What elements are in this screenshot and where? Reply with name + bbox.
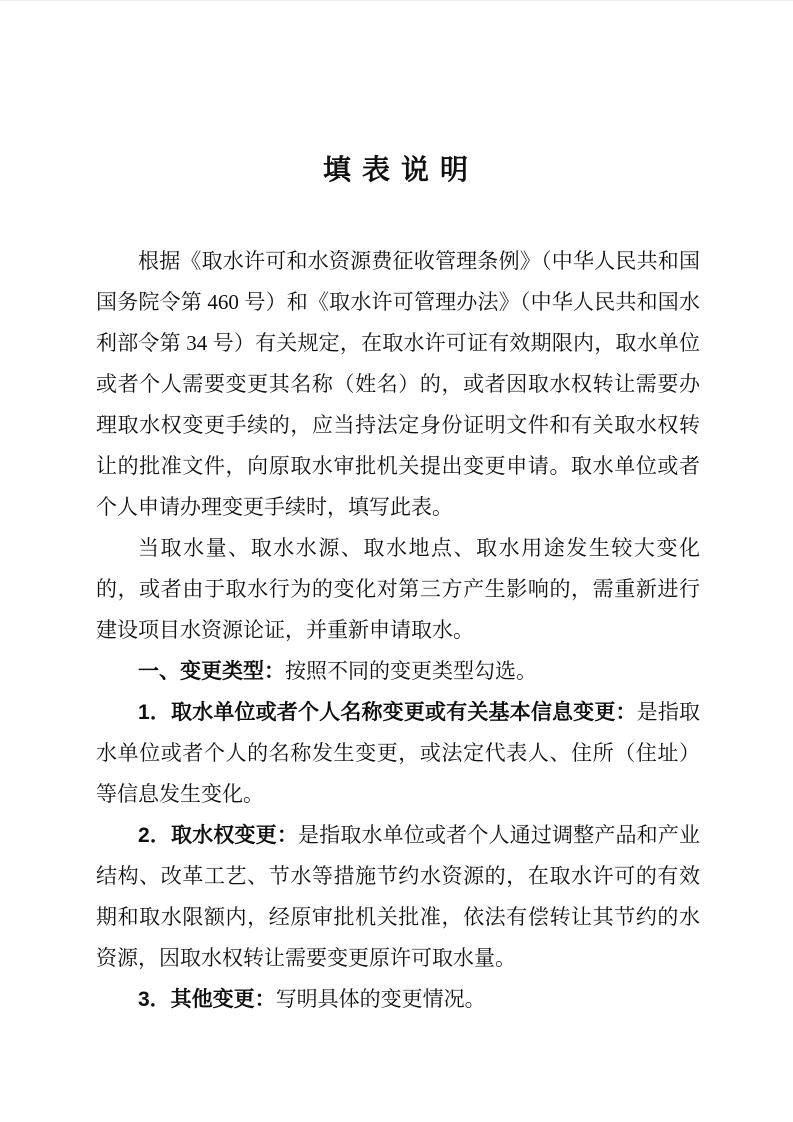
paragraph: 根据《取水许可和水资源费征收管理条例》（中华人民共和国国务院令第 460 号）和… (96, 241, 700, 528)
paragraph-lead: 3．其他变更： (138, 988, 276, 1011)
paragraph: 2．取水权变更：是指取水单位或者个人通过调整产品和产业结构、改革工艺、节水等措施… (96, 815, 700, 979)
paragraph: 当取水量、取水水源、取水地点、取水用途发生较大变化的，或者由于取水行为的变化对第… (96, 528, 700, 651)
document-page: 填 表 说 明 根据《取水许可和水资源费征收管理条例》（中华人民共和国国务院令第… (0, 0, 793, 1122)
paragraph: 一、变更类型：按照不同的变更类型勾选。 (96, 651, 700, 692)
paragraph-text: 按照不同的变更类型勾选。 (285, 659, 537, 683)
paragraph: 1．取水单位或者个人名称变更或有关基本信息变更：是指取水单位或者个人的名称发生变… (96, 692, 700, 815)
paragraph-text: 根据《取水许可和水资源费征收管理条例》（中华人民共和国国务院令第 460 号）和… (96, 249, 700, 519)
paragraph-text: 写明具体的变更情况。 (276, 987, 486, 1011)
paragraph-lead: 一、变更类型： (138, 660, 285, 683)
document-body: 根据《取水许可和水资源费征收管理条例》（中华人民共和国国务院令第 460 号）和… (96, 241, 700, 1020)
paragraph-lead: 1．取水单位或者个人名称变更或有关基本信息变更： (138, 701, 637, 724)
paragraph-lead: 2．取水权变更： (138, 824, 298, 847)
page-title: 填 表 说 明 (0, 1, 793, 191)
paragraph-text: 当取水量、取水水源、取水地点、取水用途发生较大变化的，或者由于取水行为的变化对第… (96, 536, 700, 642)
paragraph: 3．其他变更：写明具体的变更情况。 (96, 979, 700, 1020)
